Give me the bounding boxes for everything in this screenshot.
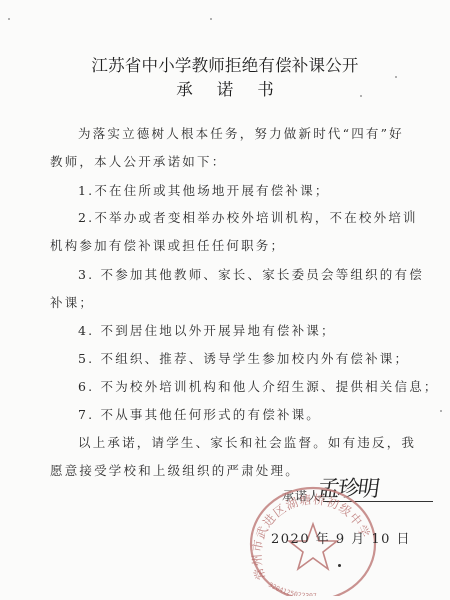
document-subtitle: 承诺书 [0, 76, 450, 100]
document-title: 江苏省中小学教师拒绝有偿补课公开 [0, 52, 450, 76]
body-line: 教师，本人公开承诺如下： [50, 152, 226, 170]
body-line: 7. 不从事其他任何形式的有偿补课。 [78, 405, 321, 423]
signature-line [323, 501, 433, 502]
body-line: 3. 不参加其他教师、家长、家长委员会等组织的有偿 [78, 265, 424, 283]
svg-text:3204125022307: 3204125022307 [267, 581, 317, 596]
body-line: 愿意接受学校和上级组织的严肃处理。 [50, 461, 300, 479]
body-line: 1.不在住所或其他场地开展有偿补课； [78, 181, 330, 199]
document-page: 江苏省中小学教师拒绝有偿补课公开 承诺书 为落实立德树人根本任务，努力做新时代“… [0, 0, 450, 600]
body-line: 6. 不为校外培训机构和他人介绍生源、提供相关信息； [78, 377, 439, 395]
body-line: 5. 不组织、推荐、诱导学生参加校内外有偿补课； [78, 349, 409, 367]
body-line: 补课； [50, 293, 94, 311]
body-line: 机构参加有偿补课或担任任何职务； [50, 236, 285, 254]
body-line: 2.不举办或者变相举办校外培训机构，不在校外培训 [78, 208, 418, 226]
body-line: 4. 不到居住地以外开展异地有偿补课； [78, 321, 336, 339]
seal-number: 3204125022307 [267, 581, 317, 596]
document-date: 2020 年 9 月 10 日 [271, 528, 411, 547]
body-line: 以上承诺，请学生、家长和社会监督。如有违反，我 [78, 433, 416, 451]
body-line: 为落实立德树人根本任务，努力做新时代“四有”好 [78, 124, 404, 142]
